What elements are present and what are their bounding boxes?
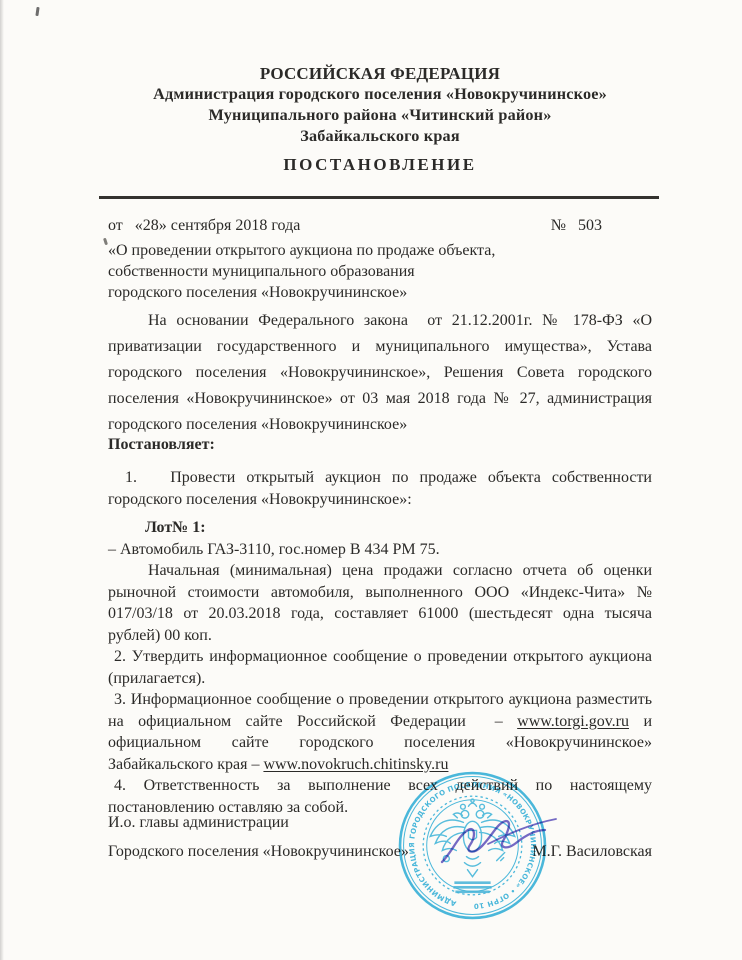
meta-row: от «28» сентября 2018 года № 503 [108, 214, 652, 238]
subject-line: «О проведении открытого аукциона по прод… [108, 240, 652, 261]
district-line: Муниципального района «Читинский район» [108, 105, 652, 126]
header-divider [99, 196, 659, 199]
stamp-bottom-cartouche [453, 883, 491, 892]
resolution-item-3: 3. Информационное сообщение о проведении… [108, 689, 652, 775]
region-line: Забайкальского края [108, 126, 652, 147]
resolution-item-1: 1. Провести открытый аукцион по продаже … [108, 467, 652, 510]
signer-position-line1: И.о. главы администрации [108, 812, 652, 834]
subject-block: «О проведении открытого аукциона по прод… [108, 240, 652, 303]
torgi-link[interactable]: www.torgi.gov.ru [517, 713, 629, 730]
scan-edge-shadow [0, 0, 4, 960]
handwritten-signature [428, 800, 566, 870]
administration-line: Администрация городского поселения «Ново… [108, 84, 652, 105]
signature-block: И.о. главы администрации Городского посе… [108, 812, 652, 863]
document-date: от «28» сентября 2018 года [108, 214, 300, 238]
scan-artifact [35, 7, 39, 16]
preamble-paragraph: На основании Федерального закона от 21.1… [108, 308, 652, 438]
lot-description: – Автомобиль ГАЗ-3110, гос.номер В 434 Р… [108, 539, 652, 561]
signer-position-line2: Городского поселения «Новокручининское» [108, 841, 409, 863]
document-number: № 503 [551, 214, 652, 238]
federation-line: РОССИЙСКАЯ ФЕДЕРАЦИЯ [108, 63, 652, 84]
subject-line: городского поселения «Новокручининское» [108, 282, 652, 303]
document-type-title: ПОСТАНОВЛЕНИЕ [108, 154, 652, 176]
resolution-item-2: 2. Утвердить информационное сообщение о … [108, 646, 652, 689]
lot-label: Лот№ 1: [108, 517, 652, 539]
price-paragraph: Начальная (минимальная) цена продажи сог… [108, 560, 652, 646]
document-page: РОССИЙСКАЯ ФЕДЕРАЦИЯ Администрация город… [0, 0, 742, 960]
subject-line: собственности муниципального образования [108, 261, 652, 282]
